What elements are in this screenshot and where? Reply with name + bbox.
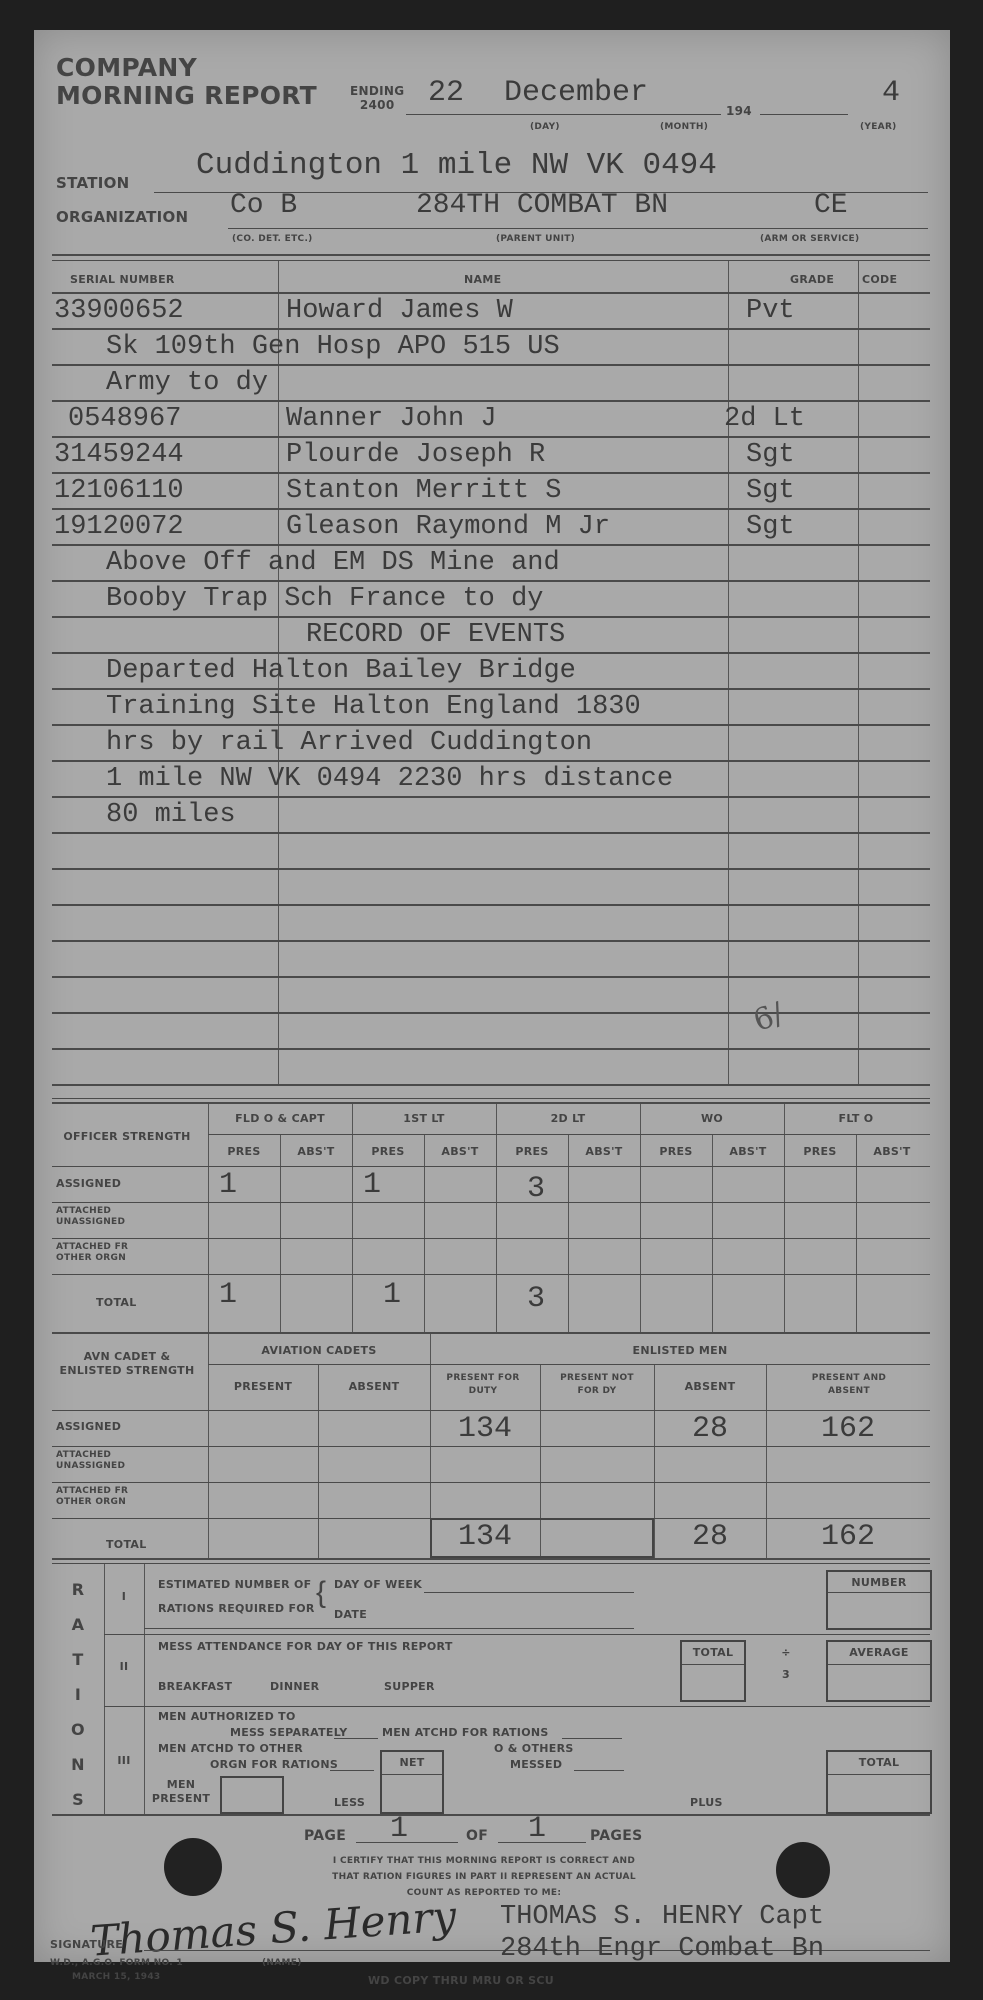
morning-report-form: COMPANY MORNING REPORT ENDING 2400 22 De… bbox=[34, 30, 950, 1962]
roster-remark: Above Off and EM DS Mine and bbox=[106, 548, 560, 578]
letter: N bbox=[58, 1747, 98, 1782]
officer-assigned-value: 3 bbox=[496, 1172, 576, 1206]
net-label: NET bbox=[380, 1756, 444, 1769]
event-line: 1 mile NW VK 0494 2230 hrs distance bbox=[106, 764, 673, 794]
sub-pres: PRES bbox=[784, 1145, 856, 1158]
ending-text: ENDING bbox=[350, 84, 404, 98]
sub-pres: PRES bbox=[496, 1145, 568, 1158]
of-label: OF bbox=[466, 1828, 488, 1844]
page-label: PAGE bbox=[304, 1828, 346, 1844]
group-enlisted-men: ENLISTED MEN bbox=[430, 1344, 930, 1357]
officer-total-value: 1 bbox=[352, 1278, 432, 1312]
sub-abst: ABS'T bbox=[712, 1145, 784, 1158]
letter: A bbox=[58, 1607, 98, 1642]
sub-abst: ABS'T bbox=[856, 1145, 928, 1158]
row-label-attached-unassigned: ATTACHED UNASSIGNED bbox=[56, 1206, 156, 1228]
divide-sign: ÷ bbox=[748, 1646, 824, 1659]
soldier-grade: Sgt bbox=[746, 476, 795, 506]
serial-number: 31459244 bbox=[54, 440, 184, 470]
divide-by: 3 bbox=[748, 1668, 824, 1681]
year-caption: (YEAR) bbox=[860, 122, 897, 132]
men-authorized-line1: MEN AUTHORIZED TO bbox=[158, 1710, 296, 1723]
letter: R bbox=[58, 1572, 98, 1607]
officer-total-value: 3 bbox=[496, 1282, 576, 1316]
row-label-assigned: ASSIGNED bbox=[56, 1420, 121, 1433]
signer-name: THOMAS S. HENRY Capt bbox=[500, 1902, 824, 1932]
soldier-name: Stanton Merritt S bbox=[286, 476, 561, 506]
soldier-name: Gleason Raymond M Jr bbox=[286, 512, 610, 542]
org-unit-caption: (CO. DET. ETC.) bbox=[232, 234, 313, 244]
men-present-box bbox=[220, 1776, 284, 1814]
ending-time: 2400 bbox=[350, 98, 404, 112]
part-i-line1: ESTIMATED NUMBER OF bbox=[158, 1578, 311, 1591]
handwritten-mark: 6/ bbox=[749, 996, 788, 1039]
sub-present-for-duty: PRESENT FOR DUTY bbox=[438, 1372, 528, 1398]
pages-label: PAGES bbox=[590, 1828, 642, 1844]
officer-assigned-value: 1 bbox=[352, 1168, 392, 1202]
row-label-attached-other: ATTACHED FR OTHER ORGN bbox=[56, 1242, 156, 1264]
sub-pres: PRES bbox=[208, 1145, 280, 1158]
certify-line-1: I CERTIFY THAT THIS MORNING REPORT IS CO… bbox=[234, 1856, 734, 1866]
certify-line-2: THAT RATION FIGURES IN PART II REPRESENT… bbox=[234, 1872, 734, 1882]
group-aviation-cadets: AVIATION CADETS bbox=[208, 1344, 430, 1357]
officer-group-wo: WO bbox=[640, 1112, 784, 1125]
serial-number: 0548967 bbox=[68, 404, 181, 434]
signature-label: SIGNATURE bbox=[50, 1938, 123, 1951]
report-day: 22 bbox=[428, 76, 464, 110]
plus-label: PLUS bbox=[690, 1796, 723, 1809]
officer-assigned-value: 1 bbox=[208, 1168, 248, 1202]
serial-number: 33900652 bbox=[54, 296, 184, 326]
name-caption: (NAME) bbox=[262, 1958, 302, 1968]
men-authorized-line2: MESS SEPARATELY bbox=[230, 1726, 348, 1739]
men-atchd-other-line2: ORGN FOR RATIONS bbox=[210, 1758, 338, 1771]
officer-total-value: 1 bbox=[208, 1278, 248, 1312]
row-label-total: TOTAL bbox=[106, 1538, 147, 1551]
o-others-line1: O & OTHERS bbox=[494, 1742, 574, 1755]
men-present-line2: PRESENT bbox=[146, 1792, 216, 1806]
letter: S bbox=[58, 1782, 98, 1817]
form-number: W.D., A.G.O. FORM NO. 1 bbox=[50, 1958, 183, 1968]
rations-side-label: R A T I O N S bbox=[58, 1572, 98, 1817]
row-label-attached-other: ATTACHED FR OTHER ORGN bbox=[56, 1486, 156, 1508]
soldier-grade: Sgt bbox=[746, 512, 795, 542]
roster-remark: Army to dy bbox=[106, 368, 268, 398]
form-title: COMPANY MORNING REPORT bbox=[56, 54, 317, 110]
men-present-line1: MEN bbox=[146, 1778, 216, 1792]
enlisted-present-for-duty: 134 bbox=[430, 1412, 540, 1446]
organization-label: ORGANIZATION bbox=[56, 208, 188, 226]
report-month: December bbox=[504, 76, 648, 110]
org-unit: Co B bbox=[230, 190, 297, 221]
mess-attendance-title: MESS ATTENDANCE FOR DAY OF THIS REPORT bbox=[158, 1640, 453, 1653]
month-caption: (MONTH) bbox=[660, 122, 708, 132]
col-header-name: NAME bbox=[464, 273, 501, 286]
breakfast-label: BREAKFAST bbox=[158, 1680, 232, 1693]
event-line: 80 miles bbox=[106, 800, 236, 830]
enlisted-total-absent: 28 bbox=[654, 1520, 766, 1554]
station-label: STATION bbox=[56, 174, 130, 192]
event-line: Training Site Halton England 1830 bbox=[106, 692, 641, 722]
signer-unit: 284th Engr Combat Bn bbox=[500, 1934, 824, 1964]
station-value: Cuddington 1 mile NW VK 0494 bbox=[196, 148, 717, 183]
o-others-line2: MESSED bbox=[510, 1758, 562, 1771]
officer-group-1st-lt: 1ST LT bbox=[352, 1112, 496, 1125]
letter: T bbox=[58, 1642, 98, 1677]
officer-group-fld-capt: FLD O & CAPT bbox=[208, 1112, 352, 1125]
brace-icon: { bbox=[316, 1576, 326, 1610]
certify-line-3: COUNT AS REPORTED TO ME: bbox=[234, 1888, 734, 1898]
part-iii-number: III bbox=[104, 1754, 144, 1767]
roster-remark: Sk 109th Gen Hosp APO 515 US bbox=[106, 332, 560, 362]
sub-pres: PRES bbox=[640, 1145, 712, 1158]
men-atchd-other-line1: MEN ATCHD TO OTHER bbox=[158, 1742, 303, 1755]
record-of-events-heading: RECORD OF EVENTS bbox=[302, 620, 569, 650]
soldier-name: Wanner John J bbox=[286, 404, 497, 434]
sub-present-and-absent: PRESENT AND ABSENT bbox=[794, 1372, 904, 1398]
total-iii-label: TOTAL bbox=[826, 1756, 932, 1769]
page-number: 1 bbox=[390, 1812, 408, 1846]
soldier-grade: Pvt bbox=[746, 296, 795, 326]
letter: O bbox=[58, 1712, 98, 1747]
page-total: 1 bbox=[528, 1812, 546, 1846]
sub-abst: ABS'T bbox=[568, 1145, 640, 1158]
row-label-total: TOTAL bbox=[96, 1296, 137, 1309]
men-present-label: MEN PRESENT bbox=[146, 1778, 216, 1806]
number-label: NUMBER bbox=[826, 1576, 932, 1589]
soldier-name: Howard James W bbox=[286, 296, 513, 326]
officer-strength-title: OFFICER STRENGTH bbox=[52, 1130, 202, 1143]
dinner-label: DINNER bbox=[270, 1680, 319, 1693]
part-i-line2: RATIONS REQUIRED FOR bbox=[158, 1602, 315, 1615]
day-caption: (DAY) bbox=[530, 122, 560, 132]
copy-note: WD COPY THRU MRU OR SCU bbox=[368, 1974, 554, 1987]
part-i-number: I bbox=[104, 1590, 144, 1603]
serial-number: 19120072 bbox=[54, 512, 184, 542]
row-label-assigned: ASSIGNED bbox=[56, 1177, 121, 1190]
sub-present-not-for-duty: PRESENT NOT FOR DY bbox=[548, 1372, 646, 1398]
sub-absent: ABSENT bbox=[318, 1380, 430, 1393]
sub-enlisted-absent: ABSENT bbox=[654, 1380, 766, 1393]
sub-pres: PRES bbox=[352, 1145, 424, 1158]
date-label: DATE bbox=[334, 1608, 367, 1621]
soldier-name: Plourde Joseph R bbox=[286, 440, 545, 470]
org-parent-unit: 284TH COMBAT BN bbox=[416, 190, 668, 221]
sub-present: PRESENT bbox=[208, 1380, 318, 1393]
men-atchd-rations-label: MEN ATCHD FOR RATIONS bbox=[382, 1726, 549, 1739]
title-line-2: MORNING REPORT bbox=[56, 82, 317, 110]
sub-abst: ABS'T bbox=[424, 1145, 496, 1158]
enlisted-present-and-absent: 162 bbox=[766, 1412, 930, 1446]
enlisted-total-present-and-absent: 162 bbox=[766, 1520, 930, 1554]
serial-number: 12106110 bbox=[54, 476, 184, 506]
letter: I bbox=[58, 1677, 98, 1712]
row-label-attached-unassigned: ATTACHED UNASSIGNED bbox=[56, 1450, 156, 1472]
roster-remark: Booby Trap Sch France to dy bbox=[106, 584, 543, 614]
soldier-grade: Sgt bbox=[746, 440, 795, 470]
average-label: AVERAGE bbox=[826, 1646, 932, 1659]
binder-hole-right bbox=[776, 1842, 830, 1898]
less-label: LESS bbox=[334, 1796, 365, 1809]
supper-label: SUPPER bbox=[384, 1680, 435, 1693]
org-parent-caption: (PARENT UNIT) bbox=[496, 234, 575, 244]
report-year: 4 bbox=[882, 76, 900, 110]
org-arm: CE bbox=[814, 190, 848, 221]
binder-hole-left bbox=[164, 1838, 222, 1896]
event-line: hrs by rail Arrived Cuddington bbox=[106, 728, 592, 758]
year-prefix: 194 bbox=[726, 104, 752, 118]
org-arm-caption: (ARM OR SERVICE) bbox=[760, 234, 859, 244]
enlisted-absent: 28 bbox=[654, 1412, 766, 1446]
mess-total-label: TOTAL bbox=[680, 1646, 746, 1659]
officer-group-2d-lt: 2D LT bbox=[496, 1112, 640, 1125]
col-header-serial: SERIAL NUMBER bbox=[70, 273, 175, 286]
event-line: Departed Halton Bailey Bridge bbox=[106, 656, 576, 686]
enlisted-total-present-for-duty: 134 bbox=[430, 1520, 540, 1554]
day-of-week-label: DAY OF WEEK bbox=[334, 1578, 422, 1591]
col-header-code: CODE bbox=[862, 273, 897, 286]
soldier-grade: 2d Lt bbox=[724, 404, 805, 434]
title-line-1: COMPANY bbox=[56, 54, 317, 82]
sub-abst: ABS'T bbox=[280, 1145, 352, 1158]
part-ii-number: II bbox=[104, 1660, 144, 1673]
handwritten-signature: Thomas S. Henry bbox=[89, 1891, 458, 1965]
officer-group-flt-o: FLT O bbox=[784, 1112, 928, 1125]
ending-label: ENDING 2400 bbox=[350, 84, 404, 112]
col-header-grade: GRADE bbox=[790, 273, 834, 286]
enlisted-strength-title: AVN CADET & ENLISTED STRENGTH bbox=[52, 1350, 202, 1378]
form-date: MARCH 15, 1943 bbox=[72, 1972, 160, 1982]
